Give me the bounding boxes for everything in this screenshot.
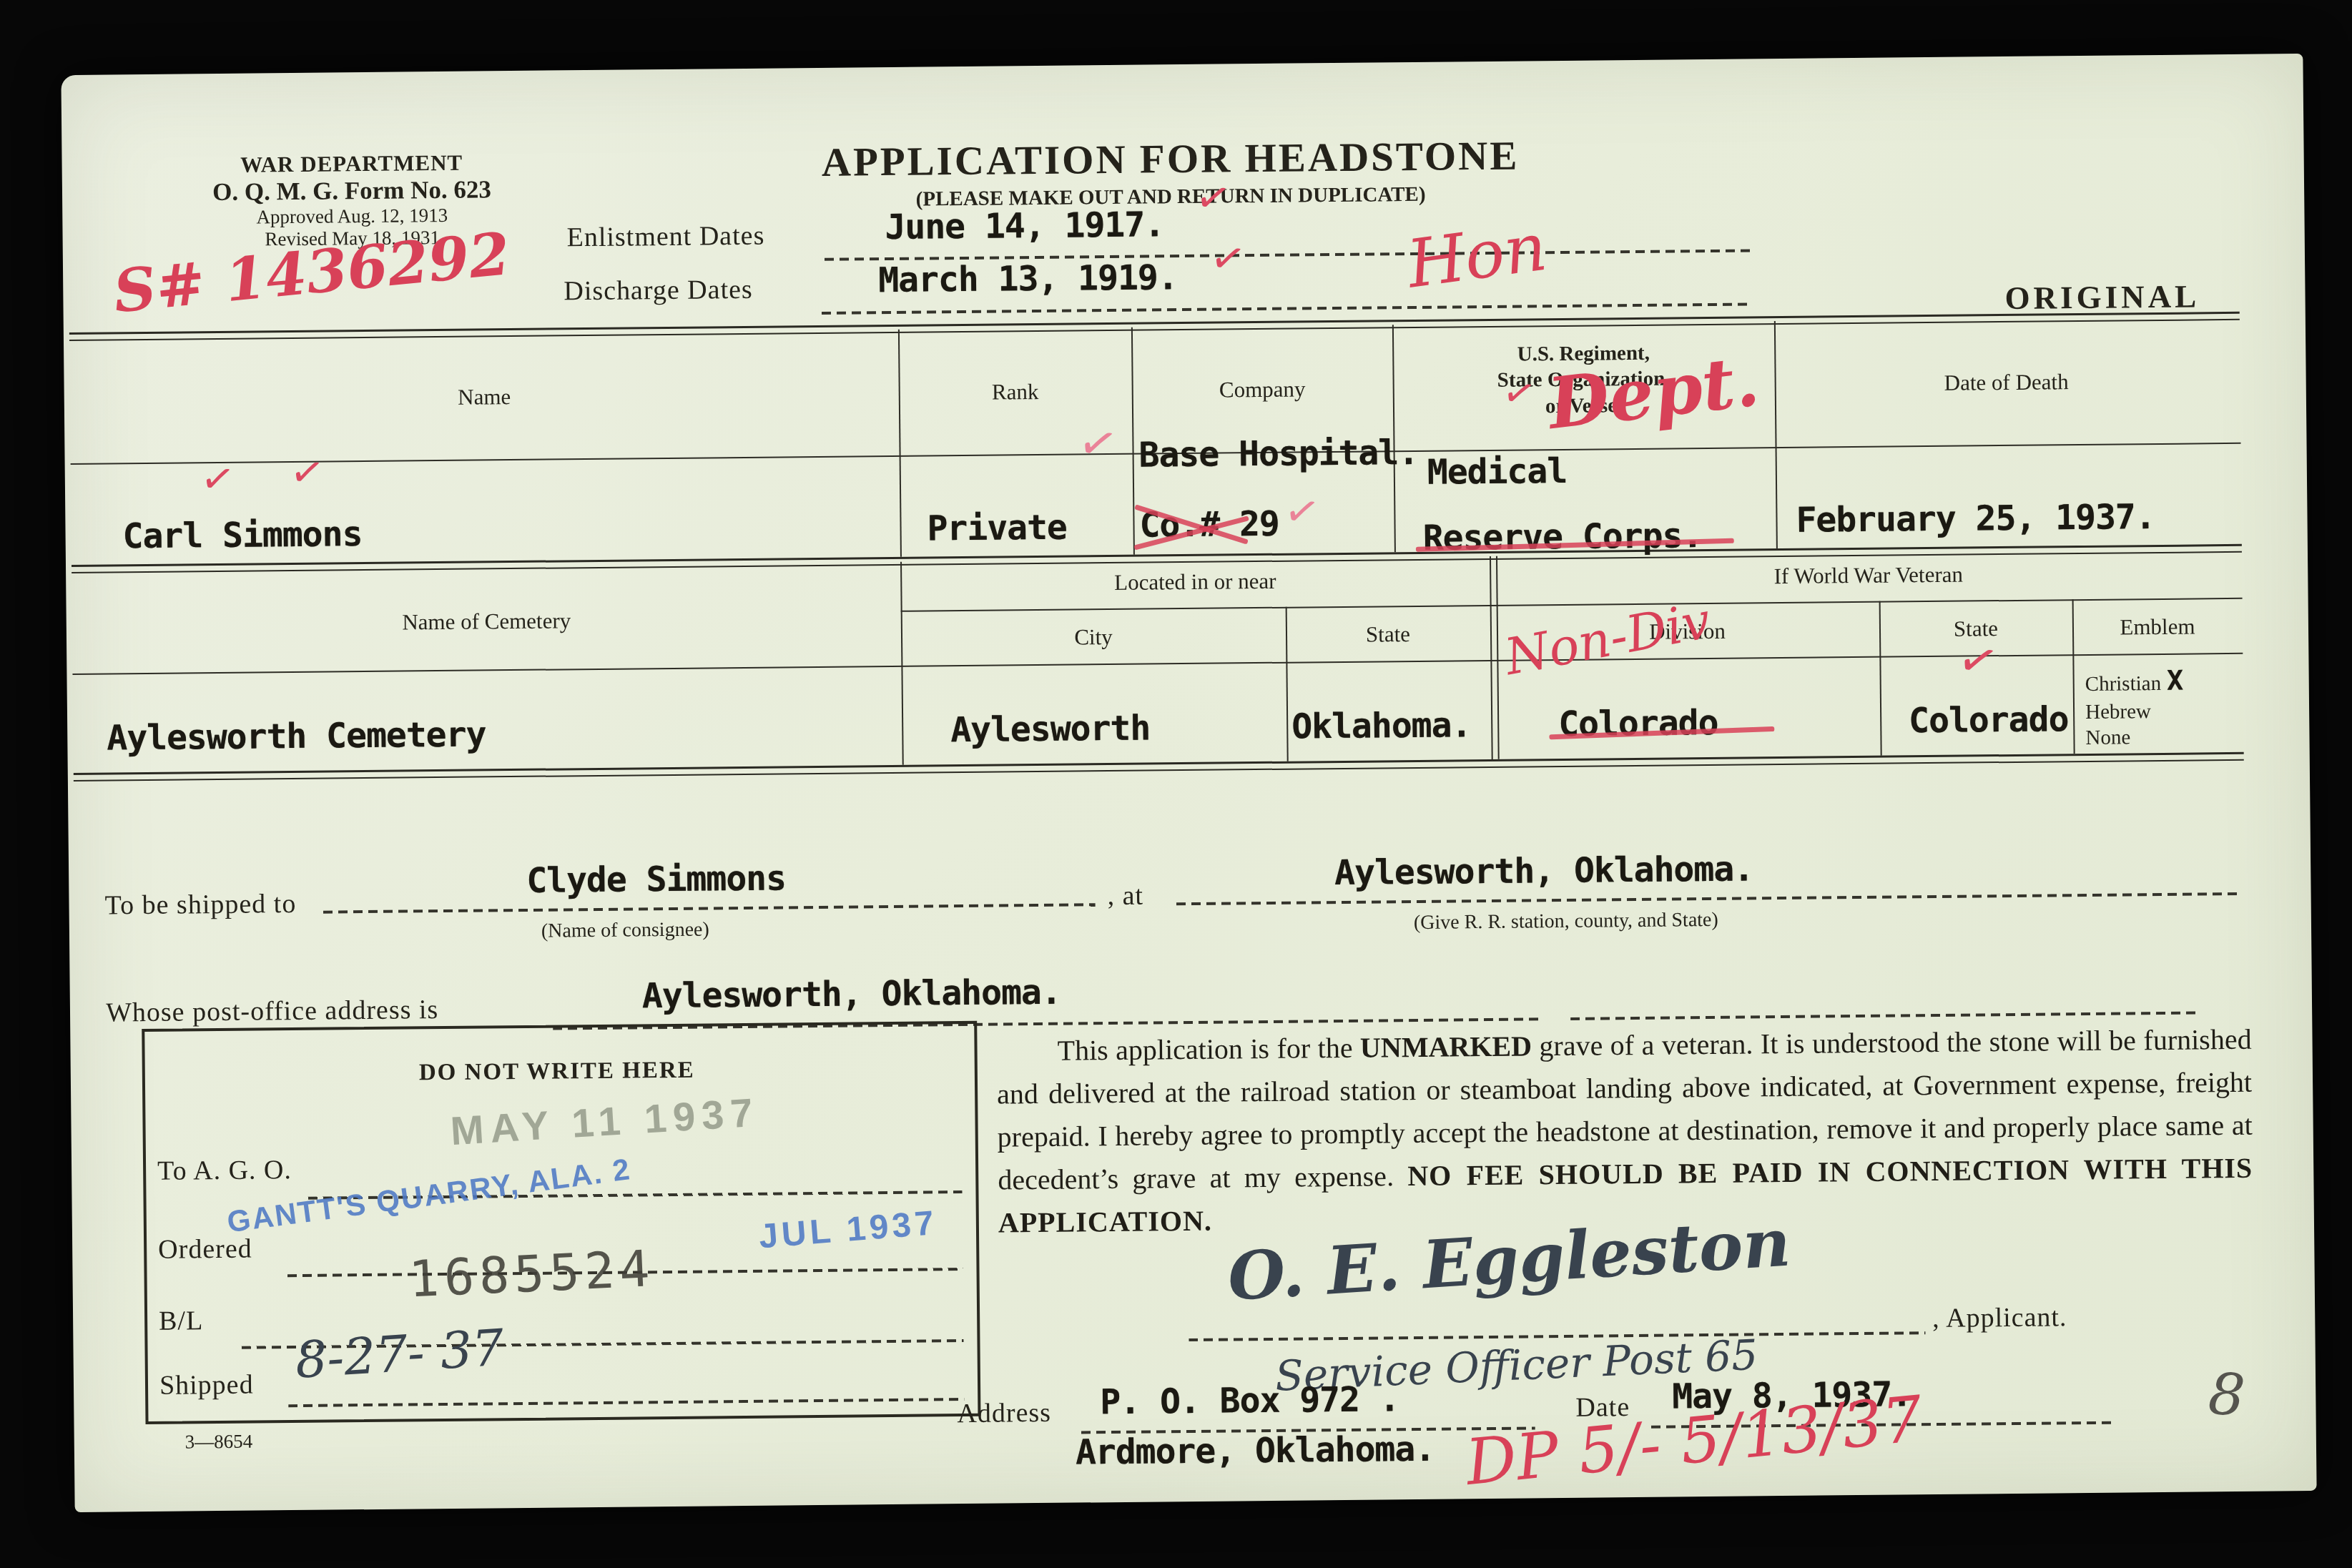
table-vertical-line <box>898 330 902 557</box>
header-located-in-or-near: Located in or near <box>900 566 1490 598</box>
discharge-dates-label: Discharge Dates <box>564 274 753 307</box>
handwritten-pen-eight: 8 <box>2207 1361 2247 1429</box>
ago-label: To A. G. O. <box>157 1154 292 1187</box>
city-value: Aylesworth <box>950 709 1151 751</box>
destination-dotted-line <box>1176 892 2242 905</box>
double-rule <box>74 752 2244 781</box>
veteran-state-value: Colorado <box>1909 699 2069 741</box>
title-block: APPLICATION FOR HEADSTONE (PLEASE MAKE O… <box>705 132 1635 213</box>
red-checkmark-icon: ✓ <box>1192 174 1234 221</box>
company-line1-value: Base Hospital. <box>1138 433 1418 475</box>
page-title: APPLICATION FOR HEADSTONE <box>705 132 1635 187</box>
scanned-document-page: { "form": { "agency": "WAR DEPARTMENT", … <box>0 0 2352 1568</box>
sheet-code: 3—8654 <box>185 1431 253 1454</box>
at-label: , at <box>1107 880 1143 912</box>
emblem-option-none: None <box>2085 724 2183 751</box>
consignee-caption: (Name of consignee) <box>541 918 709 942</box>
column-header-date-of-death: Date of Death <box>1775 368 2238 398</box>
header-if-world-war-veteran: If World War Veteran <box>1495 559 2242 592</box>
emblem-option-hebrew: Hebrew <box>2085 698 2183 725</box>
headstone-application-form: WAR DEPARTMENT O. Q. M. G. Form No. 623 … <box>61 54 2316 1512</box>
table-value-line <box>72 653 2243 675</box>
page-subtitle: (PLEASE MAKE OUT AND RETURN IN DUPLICATE… <box>706 181 1635 213</box>
address-value: P. O. Box 972 . <box>1100 1379 1399 1422</box>
bl-label: B/L <box>159 1305 204 1337</box>
enlistment-dates-value: June 14, 1917. <box>885 204 1164 247</box>
column-header-company: Company <box>1132 375 1393 404</box>
table-vertical-line <box>1131 327 1135 555</box>
emblem-options: ChristianX Hebrew None <box>2085 664 2183 751</box>
copy-label: ORIGINAL <box>2004 277 2200 317</box>
ordered-label: Ordered <box>158 1233 252 1266</box>
handwritten-hon-note: Hon <box>1403 209 1551 303</box>
agreement-text-1: This application is for the <box>1057 1032 1360 1067</box>
emblem-selected-x-mark: X <box>2167 665 2183 696</box>
red-checkmark-icon: ✓ <box>198 458 237 503</box>
emblem-option-christian: Christian <box>2085 672 2162 696</box>
rank-value: Private <box>927 508 1067 549</box>
agency-name: WAR DEPARTMENT <box>197 149 505 178</box>
veteran-name-value: Carl Simmons <box>122 514 362 556</box>
consignee-value: Clyde Simmons <box>526 858 786 900</box>
shipped-label: Shipped <box>159 1369 254 1401</box>
address-label: Address <box>957 1397 1051 1429</box>
column-header-name: Name <box>70 380 899 414</box>
agreement-paragraph: This application is for the UNMARKED gra… <box>996 1018 2253 1245</box>
header-name-of-cemetery: Name of Cemetery <box>72 605 901 638</box>
discharge-dates-value: March 13, 1919. <box>878 257 1178 300</box>
destination-value: Aylesworth, Oklahoma. <box>1334 849 1753 893</box>
destination-caption: (Give R. R. station, county, and State) <box>1414 909 1718 935</box>
state-value: Oklahoma. <box>1291 705 1472 746</box>
post-office-value: Aylesworth, Oklahoma. <box>642 972 1061 1017</box>
red-checkmark-icon: ✓ <box>1074 418 1122 471</box>
header-city: City <box>901 623 1286 652</box>
regiment-line1-value: Medical <box>1427 451 1568 493</box>
table-subheader-line <box>901 598 2243 612</box>
cemetery-name-value: Aylesworth Cemetery <box>107 714 486 758</box>
applicant-label: , Applicant. <box>1932 1301 2067 1334</box>
consignee-dotted-line <box>323 903 1096 913</box>
double-rule <box>69 312 2240 341</box>
table-vertical-line <box>1774 321 1778 548</box>
header-emblem: Emblem <box>2072 613 2243 641</box>
form-number: O. Q. M. G. Form No. 623 <box>198 175 506 207</box>
red-checkmark-icon: ✓ <box>287 450 327 495</box>
date-of-death-value: February 25, 1937. <box>1796 497 2155 541</box>
red-checkmark-icon: ✓ <box>1281 488 1323 535</box>
header-state: State <box>1286 621 1490 649</box>
ship-to-label: To be shipped to <box>104 888 296 922</box>
agreement-unmarked: UNMARKED <box>1360 1030 1532 1063</box>
enlistment-dates-label: Enlistment Dates <box>566 220 764 254</box>
address-city-value: Ardmore, Oklahoma. <box>1076 1429 1435 1473</box>
regiment-line2-value: Reserve Corps. <box>1422 516 1702 558</box>
post-office-label: Whose post-office address is <box>106 994 439 1028</box>
red-checkmark-icon: ✓ <box>1207 235 1249 282</box>
column-header-rank: Rank <box>899 378 1132 406</box>
order-number-stamp: 1685524 <box>408 1239 656 1308</box>
discharge-dotted-line <box>822 302 1751 314</box>
